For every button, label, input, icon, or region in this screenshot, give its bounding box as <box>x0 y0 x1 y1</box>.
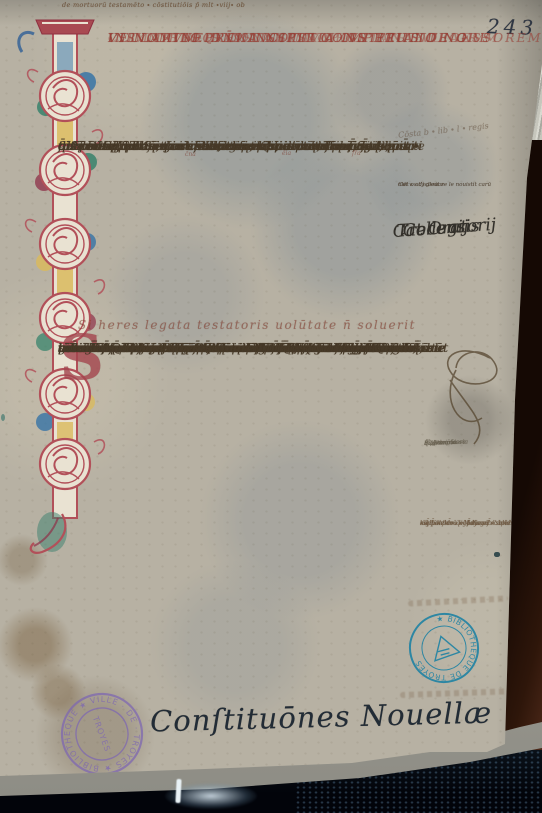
text-line: tc̄ ad eos p̄ducēs q̄b; restituere libtā… <box>58 338 448 358</box>
ink-dot <box>494 552 500 557</box>
stamp-ring-text: ★ BIBLIOTHEQUE DE TROYES <box>403 606 486 689</box>
text-line: ∙ q̄rb̄ ∙ fid̄ea ∙ Mdȳ <box>420 520 477 529</box>
manuscript-photo: de mortuorū testamēto ∙ cōstitutiōis p̄ … <box>0 0 542 813</box>
text-line: CIVITATIS CONSTANTINOPOLITANAE. <box>108 27 431 50</box>
interlinear-gloss: ēia <box>282 150 291 157</box>
initial-letter-s: S <box>58 326 105 390</box>
pigment-fleck <box>1 414 5 421</box>
illuminated-initial-i <box>12 12 116 560</box>
text-line: tutionis ppositū ∙ ei aūt nīl accipe not… <box>58 136 365 157</box>
interlinear-gloss: fr̄a <box>352 150 361 157</box>
stamp-emblem-triangle <box>429 633 460 661</box>
top-margin-gloss: de mortuorū testamēto ∙ cōstitutiōis p̄ … <box>62 1 245 9</box>
rubric-chapter: Si heres legata testatoris uolūtate n̄ s… <box>78 318 416 332</box>
svg-text:★ BIBLIOTHEQUE DE TROYES: ★ BIBLIOTHEQUE DE TROYES <box>403 606 486 689</box>
stamp-center-text: TROYES <box>91 714 113 753</box>
parchment-page: de mortuorū testamēto ∙ cōstitutiōis p̄ … <box>0 0 542 813</box>
interlinear-gloss: c̄na <box>185 151 196 158</box>
text-line: nlēt os t’j gleuar <box>398 182 444 189</box>
